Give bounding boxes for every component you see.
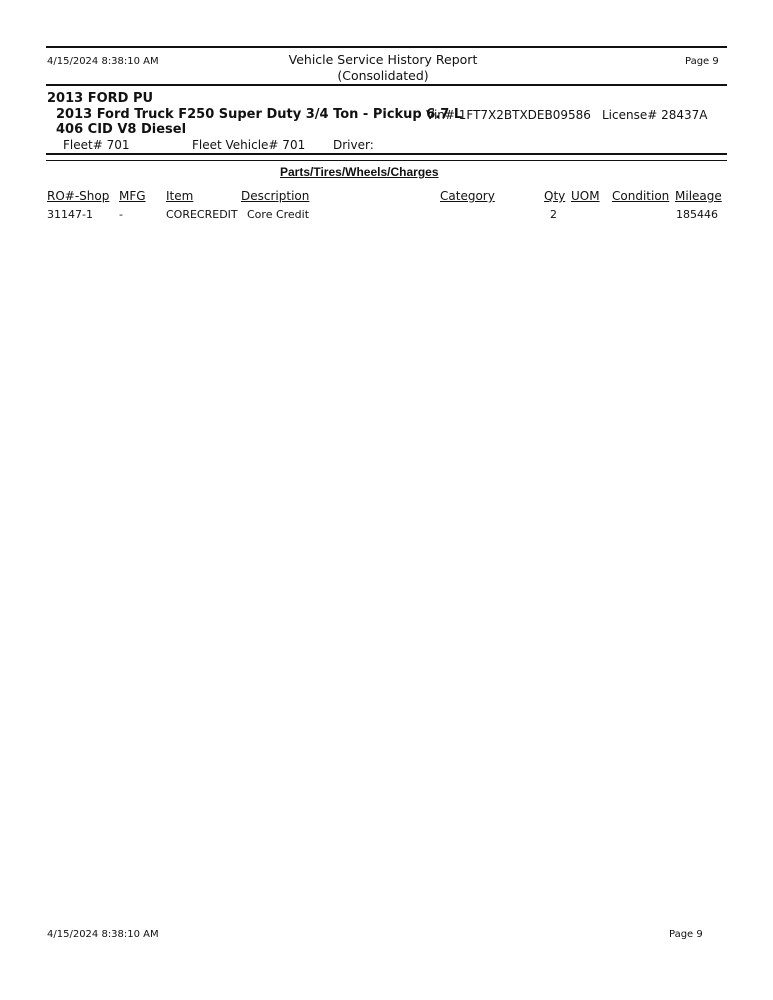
col-uom: UOM (571, 189, 600, 203)
page-number: Page 9 (685, 56, 719, 67)
footer-timestamp: 4/15/2024 8:38:10 AM (47, 929, 159, 940)
vehicle-vin: Vin# 1FT7X2BTXDEB09586 (426, 108, 591, 122)
cell-mfg: - (119, 208, 123, 221)
vehicle-engine: 406 CID V8 Diesel (56, 122, 186, 137)
col-qty: Qty (544, 189, 565, 203)
col-ro-shop: RO#-Shop (47, 189, 109, 203)
fleet-number: Fleet# 701 (63, 138, 129, 152)
vehicle-description: 2013 Ford Truck F250 Super Duty 3/4 Ton … (56, 107, 462, 122)
report-timestamp: 4/15/2024 8:38:10 AM (47, 56, 159, 67)
driver-label: Driver: (333, 138, 374, 152)
col-condition: Condition (612, 189, 669, 203)
cell-item: CORECREDIT (166, 208, 238, 221)
vehicle-name: 2013 FORD PU (47, 91, 153, 106)
cell-mileage: 185446 (676, 208, 718, 221)
cell-ro-shop: 31147-1 (47, 208, 93, 221)
cell-qty: 2 (550, 208, 557, 221)
footer-page-number: Page 9 (669, 929, 703, 940)
cell-description: Core Credit (247, 208, 309, 221)
col-mileage: Mileage (675, 189, 722, 203)
vehicle-rule-thick (46, 153, 727, 155)
fleet-vehicle-number: Fleet Vehicle# 701 (192, 138, 305, 152)
col-description: Description (241, 189, 309, 203)
header-bottom-rule (46, 84, 727, 86)
vehicle-license: License# 28437A (602, 108, 708, 122)
report-title-line2: (Consolidated) (283, 68, 483, 84)
col-item: Item (166, 189, 193, 203)
report-title: Vehicle Service History Report (Consolid… (283, 52, 483, 84)
vehicle-rule-thin (46, 160, 727, 161)
col-category: Category (440, 189, 495, 203)
report-title-line1: Vehicle Service History Report (283, 52, 483, 68)
header-top-rule (46, 46, 727, 48)
col-mfg: MFG (119, 189, 146, 203)
section-title: Parts/Tires/Wheels/Charges (280, 165, 439, 179)
